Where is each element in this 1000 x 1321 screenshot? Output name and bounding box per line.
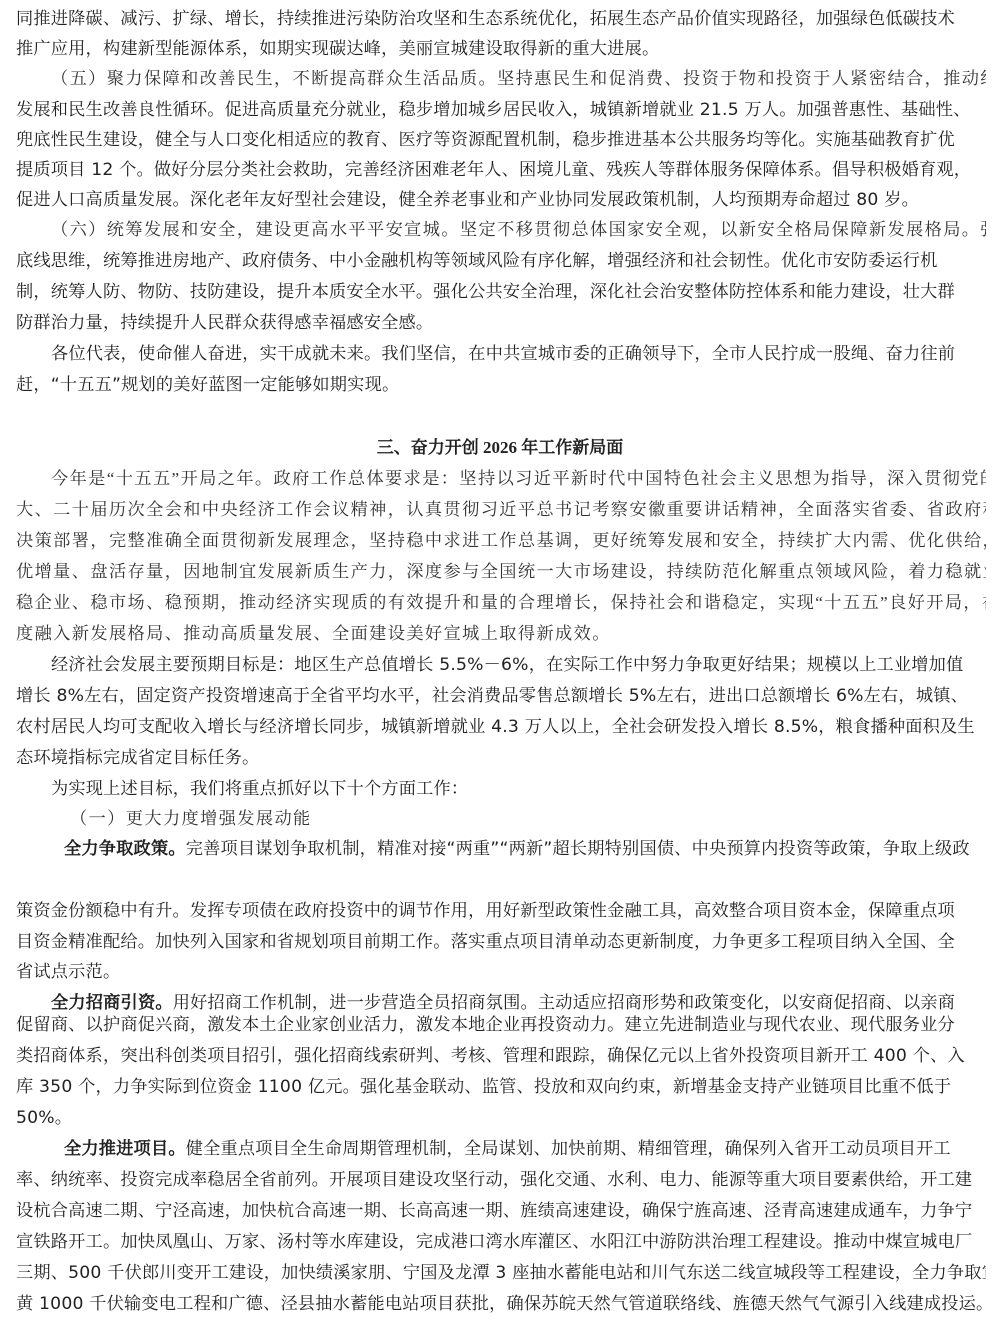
bold-lead-title: 全力招商引资。 bbox=[51, 993, 173, 1013]
bold-lead-line: 全力争取政策。完善项目谋划争取机制，精准对接“两重”“两新”超长期特别国债、中央… bbox=[64, 834, 986, 864]
paragraph-line: 决策部署，完整准确全面贯彻新发展理念，坚持稳中求进工作总基调，更好统筹发展和安全… bbox=[16, 526, 986, 556]
bold-lead-title: 全力争取政策。 bbox=[64, 839, 186, 859]
paragraph-line: 设杭合高速二期、宁泾高速，加快杭合高速一期、长高高速一期、旌绩高速建设，确保宁旌… bbox=[16, 1196, 986, 1226]
paragraph-line: 兜底性民生建设，健全与人口变化相适应的教育、医疗等资源配置机制，稳步推进基本公共… bbox=[16, 125, 986, 155]
paragraph-line: 推广应用，构建新型能源体系，如期实现碳达峰，美丽宣城建设取得新的重大进展。 bbox=[16, 34, 986, 64]
paragraph-line: 底线思维，统筹推进房地产、政府债务、中小金融机构等领域风险有序化解，增强经济和社… bbox=[16, 246, 986, 276]
paragraph-line: （六）统筹发展和安全，建设更高水平平安宣城。坚定不移贯彻总体国家安全观，以新安全… bbox=[51, 215, 986, 245]
lead-paragraph-text: 完善项目谋划争取机制，精准对接“两重”“两新”超长期特别国债、中央预算内投资等政… bbox=[186, 839, 970, 859]
paragraph-line: 态环境指标完成省定目标任务。 bbox=[16, 743, 986, 773]
paragraph-line: 制，统筹人防、物防、技防建设，提升本质安全水平。强化公共安全治理，深化社会治安整… bbox=[16, 277, 986, 307]
paragraph-line: 省试点示范。 bbox=[16, 957, 986, 987]
paragraph-line: 促进人口高质量发展。深化老年友好型社会建设，健全养老事业和产业协同发展政策机制，… bbox=[16, 185, 986, 215]
paragraph-line: 今年是“十五五”开局之年。政府工作总体要求是：坚持以习近平新时代中国特色社会主义… bbox=[51, 464, 986, 494]
paragraph-line: 50%。 bbox=[16, 1103, 986, 1133]
paragraph-line: 目资金精准配给。加快列入国家和省规划项目前期工作。落实重点项目清单动态更新制度，… bbox=[16, 927, 986, 957]
paragraph-line: 为实现上述目标，我们将重点抓好以下十个方面工作： bbox=[51, 774, 986, 804]
paragraph-line: 经济社会发展主要预期目标是：地区生产总值增长 5.5%－6%，在实际工作中努力争… bbox=[51, 650, 986, 680]
paragraph-line: （一）更大力度增强发展动能 bbox=[70, 804, 985, 834]
paragraph-line: 同推进降碳、减污、扩绿、增长，持续推进污染防治攻坚和生态系统优化，拓展生态产品价… bbox=[16, 4, 986, 34]
paragraph-line: 库 350 个，力争实际到位资金 1100 亿元。强化基金联动、监管、投放和双向… bbox=[16, 1072, 986, 1102]
lead-paragraph-text: 用好招商工作机制，进一步营造全员招商氛围。主动适应招商形势和政策变化，以安商促招… bbox=[173, 993, 955, 1013]
paragraph-line: 提质项目 12 个。做好分层分类社会救助，完善经济困难老年人、困境儿童、残疾人等… bbox=[16, 155, 986, 185]
paragraph-line: 发展和民生改善良性循环。促进高质量充分就业，稳步增加城乡居民收入，城镇新增就业 … bbox=[16, 95, 986, 125]
bold-lead-line: 全力推进项目。健全重点项目全生命周期管理机制，全局谋划、加快前期、精细管理，确保… bbox=[64, 1134, 986, 1164]
paragraph-line: 三期、500 千伏郎川变开工建设，加快绩溪家朋、宁国及龙潭 3 座抽水蓄能电站和… bbox=[16, 1258, 986, 1288]
paragraph-line: （五）聚力保障和改善民生，不断提高群众生活品质。坚持惠民生和促消费、投资于物和投… bbox=[51, 64, 986, 94]
paragraph-line: 宣铁路开工。加快凤凰山、万家、汤村等水库建设，完成港口湾水库灌区、水阳江中游防洪… bbox=[16, 1227, 986, 1257]
paragraph-line: 黄 1000 千伏输变电工程和广德、泾县抽水蓄能电站项目获批，确保苏皖天然气管道… bbox=[16, 1289, 986, 1319]
section-heading: 三、奋力开创 2026 年工作新局面 bbox=[0, 433, 1000, 463]
paragraph-line: 赶，“十五五”规划的美好蓝图一定能够如期实现。 bbox=[16, 370, 986, 400]
paragraph-line: 各位代表，使命催人奋进，实干成就未来。我们坚信，在中共宣城市委的正确领导下，全市… bbox=[51, 339, 986, 369]
paragraph-line: 大、二十届历次全会和中央经济工作会议精神，认真贯彻习近平总书记考察安徽重要讲话精… bbox=[16, 495, 986, 525]
paragraph-line: 类招商体系，突出科创类项目招引，强化招商线索研判、考核、管理和跟踪，确保亿元以上… bbox=[16, 1041, 986, 1071]
bold-lead-title: 全力推进项目。 bbox=[64, 1139, 186, 1159]
paragraph-line: 增长 8%左右，固定资产投资增速高于全省平均水平，社会消费品零售总额增长 5%左… bbox=[16, 681, 986, 711]
bold-lead-line: 全力招商引资。用好招商工作机制，进一步营造全员招商氛围。主动适应招商形势和政策变… bbox=[51, 988, 986, 1018]
paragraph-line: 优增量、盘活存量，因地制宜发展新质生产力，深度参与全国统一大市场建设，持续防范化… bbox=[16, 557, 986, 587]
lead-paragraph-text: 健全重点项目全生命周期管理机制，全局谋划、加快前期、精细管理，确保列入省开工动员… bbox=[186, 1139, 951, 1159]
paragraph-line: 防群治力量，持续提升人民群众获得感幸福感安全感。 bbox=[16, 308, 986, 338]
paragraph-line: 稳企业、稳市场、稳预期，推动经济实现质的有效提升和量的合理增长，保持社会和谐稳定… bbox=[16, 588, 986, 618]
document-page: 同推进降碳、减污、扩绿、增长，持续推进污染防治攻坚和生态系统优化，拓展生态产品价… bbox=[0, 0, 1000, 1321]
paragraph-line: 度融入新发展格局、推动高质量发展、全面建设美好宣城上取得新成效。 bbox=[16, 619, 986, 649]
paragraph-line: 农村居民人均可支配收入增长与经济增长同步，城镇新增就业 4.3 万人以上，全社会… bbox=[16, 712, 986, 742]
paragraph-line: 率、纳统率、投资完成率稳居全省前列。开展项目建设攻坚行动，强化交通、水利、电力、… bbox=[16, 1165, 986, 1195]
paragraph-line: 策资金份额稳中有升。发挥专项债在政府投资中的调节作用，用好新型政策性金融工具，高… bbox=[16, 896, 986, 926]
